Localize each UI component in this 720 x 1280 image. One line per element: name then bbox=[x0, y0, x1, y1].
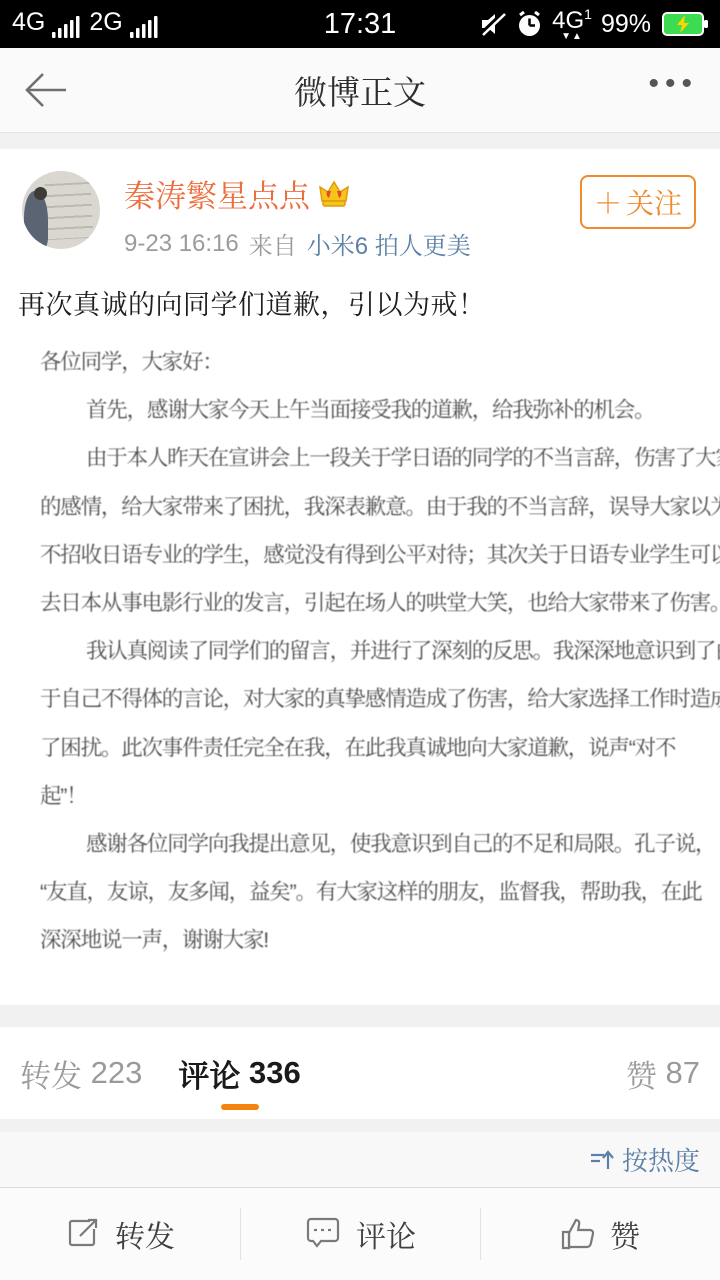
repost-button[interactable]: 转发 bbox=[0, 1188, 240, 1280]
bottom-action-bar: 转发 评论 赞 bbox=[0, 1188, 720, 1280]
letter-line: 由于本人昨天在宣讲会上一段关于学日语的同学的不当言辞，伤害了大家 bbox=[40, 434, 694, 482]
letter-line: 了困扰。此次事件责任完全在我，在此我真诚地向大家道歉，说声“对不 bbox=[40, 724, 694, 772]
letter-line: 起”！ bbox=[40, 772, 694, 820]
letter-line: 各位同学，大家好： bbox=[40, 338, 694, 386]
avatar-person-figure bbox=[24, 191, 48, 249]
like-count: 87 bbox=[666, 1055, 700, 1091]
post-timestamp: 9-23 16:16 bbox=[124, 230, 239, 258]
divider-strip bbox=[0, 1005, 720, 1027]
post-text: 再次真诚的向同学们道歉，引以为戒！ bbox=[18, 283, 702, 322]
letter-line: 深深地说一声，谢谢大家! bbox=[40, 916, 694, 964]
divider-strip bbox=[0, 133, 720, 149]
apology-letter-image[interactable]: 各位同学，大家好： 首先，感谢大家今天上午当面接受我的道歉，给我弥补的机会。 由… bbox=[0, 338, 720, 965]
battery-icon bbox=[662, 11, 708, 37]
comment-button[interactable]: 评论 bbox=[240, 1188, 480, 1280]
letter-line: 去日本从事电影行业的发言，引起在场人的哄堂大笑，也给大家带来了伤害。 bbox=[40, 579, 694, 627]
letter-line: “友直，友谅，友多闻，益矣”。有大家这样的朋友，监督我，帮助我，在此 bbox=[40, 868, 694, 916]
nav-bar: 微博正文 ••• bbox=[0, 48, 720, 133]
battery-percent-label: 99% bbox=[601, 10, 651, 39]
comment-sort-bar: 按热度 bbox=[0, 1132, 720, 1188]
page-title: 微博正文 bbox=[0, 67, 720, 114]
alarm-icon bbox=[516, 11, 543, 38]
repost-count: 223 bbox=[91, 1055, 143, 1091]
thumbs-up-icon bbox=[560, 1216, 596, 1252]
more-menu-icon[interactable]: ••• bbox=[648, 67, 698, 113]
comment-icon bbox=[304, 1216, 342, 1252]
active-tab-underline bbox=[221, 1104, 259, 1110]
divider-strip bbox=[0, 1119, 720, 1132]
status-bar-right: 4G1 ▼▲ 99% bbox=[479, 7, 708, 42]
letter-line: 我认真阅读了同学们的留言，并进行了深刻的反思。我深深地意识到了由 bbox=[40, 627, 694, 675]
source-link[interactable]: 小米6 拍人更美 bbox=[307, 226, 471, 261]
post-header: 秦涛繁星点点 9-23 16:16 来自 小米6 拍人更美 bbox=[0, 149, 720, 261]
letter-line: 首先，感谢大家今天上午当面接受我的道歉，给我弥补的机会。 bbox=[40, 386, 694, 434]
follow-button[interactable]: ＋ 关注 bbox=[580, 175, 696, 229]
sort-icon bbox=[589, 1147, 615, 1173]
status-bar: 4G 2G 17:31 bbox=[0, 0, 720, 48]
letter-line: 于自己不得体的言论，对大家的真挚感情造成了伤害，给大家选择工作时造成 bbox=[40, 675, 694, 723]
plus-icon: ＋ bbox=[594, 182, 622, 222]
post-content-area: 秦涛繁星点点 9-23 16:16 来自 小米6 拍人更美 bbox=[0, 149, 720, 1005]
updown-arrows-icon: ▼▲ bbox=[561, 32, 583, 42]
vip-crown-icon bbox=[318, 179, 350, 209]
username[interactable]: 秦涛繁星点点 bbox=[124, 171, 310, 216]
source-prefix: 来自 bbox=[249, 226, 297, 261]
tab-reposts[interactable]: 转发 223 bbox=[20, 1027, 142, 1119]
letter-line: 不招收日语专业的学生，感觉没有得到公平对待；其次关于日语专业学生可以 bbox=[40, 531, 694, 579]
tab-likes[interactable]: 赞 87 bbox=[626, 1027, 700, 1119]
like-button[interactable]: 赞 bbox=[480, 1188, 720, 1280]
weibo-post-detail-screen: 4G 2G 17:31 bbox=[0, 0, 720, 1280]
letter-line: 的感情，给大家带来了困扰，我深表歉意。由于我的不当言辞，误导大家以为 bbox=[40, 483, 694, 531]
sort-by-hot-button[interactable]: 按热度 bbox=[622, 1141, 700, 1178]
avatar[interactable] bbox=[22, 171, 100, 249]
avatar-whiteboard-texture bbox=[45, 182, 94, 240]
mute-icon bbox=[479, 11, 507, 37]
mobile-data-indicator: 4G1 ▼▲ bbox=[552, 7, 592, 42]
tab-bar: 转发 223 评论 336 赞 87 bbox=[0, 1027, 720, 1119]
comment-count: 336 bbox=[249, 1055, 301, 1091]
letter-line: 感谢各位同学向我提出意见，使我意识到自己的不足和局限。孔子说， bbox=[40, 820, 694, 868]
avatar-person-head bbox=[34, 187, 47, 200]
tab-comments[interactable]: 评论 336 bbox=[178, 1027, 300, 1119]
repost-icon bbox=[65, 1216, 101, 1252]
